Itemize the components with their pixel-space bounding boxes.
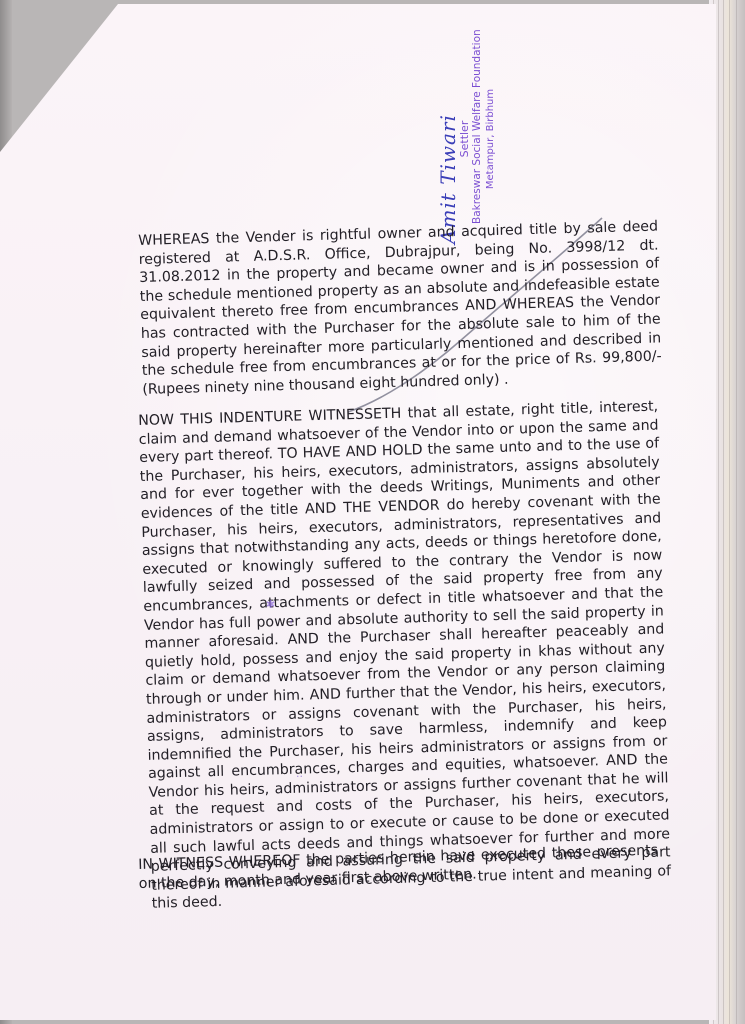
paragraph-text: WHEREAS the Vender is rightful owner and…: [138, 217, 662, 399]
ink-mark: ·: [250, 542, 254, 555]
stamp-location: Metampur, Birbhum: [484, 54, 497, 224]
stack-line: [736, 0, 737, 1024]
paragraph-whereas: WHEREAS the Vender is rightful owner and…: [138, 217, 662, 399]
signature-block: Amit Tiwari Settler Bakreswar Social Wel…: [420, 54, 530, 224]
paragraph-now-this-indenture: NOW THIS INDENTURE WITNESSETH that all e…: [138, 397, 672, 913]
ink-mark: ··: [296, 770, 303, 783]
settler-stamp: Settler Bakreswar Social Welfare Foundat…: [458, 54, 497, 224]
stack-line: [723, 0, 724, 1024]
ink-mark: ✱: [266, 598, 275, 611]
ink-mark: ᶠ: [290, 618, 293, 631]
stack-line: [718, 0, 719, 1024]
stack-line: [729, 0, 730, 1024]
stamp-role: Settler: [458, 54, 471, 224]
paragraph-text: NOW THIS INDENTURE WITNESSETH that all e…: [138, 397, 672, 913]
document-page: Amit Tiwari Settler Bakreswar Social Wel…: [0, 4, 716, 1020]
stamp-organization: Bakreswar Social Welfare Foundation: [471, 54, 484, 224]
